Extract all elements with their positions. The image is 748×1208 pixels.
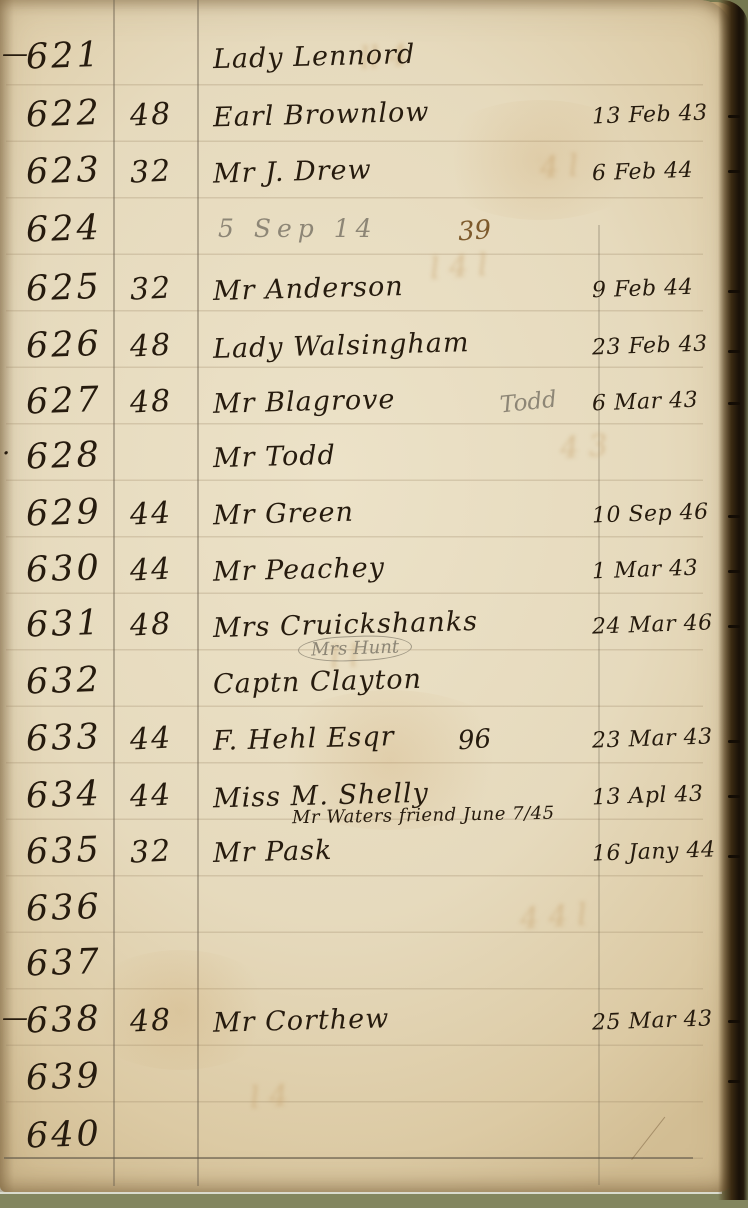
entry-size: 48: [129, 96, 173, 133]
entry-name: Mr Peachey: [213, 552, 386, 587]
entry-size: 48: [129, 1002, 173, 1039]
margin-pencil-mark: ·: [2, 439, 10, 469]
page-edge-tick: [728, 290, 740, 293]
entry-name: Captn Clayton: [213, 664, 423, 700]
entry-size: 32: [129, 270, 173, 307]
entry-date: 24 Mar 46: [592, 610, 713, 639]
page-edge-tick: [728, 402, 740, 405]
entry-number: 627: [25, 380, 102, 423]
entry-size: 32: [129, 153, 173, 190]
entry-date: 1 Mar 43: [592, 556, 699, 585]
ledger-row: 6245 Sep 1439: [0, 201, 733, 259]
entry-size: 48: [129, 327, 173, 364]
ledger-row: 63044Mr Peachey1 Mar 43: [0, 541, 733, 599]
page-edge-tick: [728, 170, 740, 173]
ledger-row: 632Captn Clayton: [0, 653, 733, 711]
ledger-row: 62748Mr BlagroveTodd6 Mar 43: [0, 373, 733, 431]
margin-pencil-mark: —: [2, 1003, 28, 1033]
entry-number: 625: [25, 267, 102, 310]
ledger-row: 62648Lady Walsingham23 Feb 43: [0, 317, 733, 375]
entry-number: 626: [25, 324, 102, 367]
entry-number: 635: [25, 830, 102, 873]
ledger-row: 639: [0, 1049, 733, 1107]
ledger-row: 63344F. Hehl Esqr9623 Mar 43: [0, 710, 733, 768]
ledger-row: 62248Earl Brownlow13 Feb 43: [0, 86, 733, 144]
margin-pencil-mark: —: [2, 39, 28, 69]
pencil-annotation: Todd: [499, 387, 558, 419]
pencil-annotation: 5 Sep 14: [218, 214, 378, 243]
ledger-row: 63444Miss M. Shelly13 Apl 43Mr Waters fr…: [0, 767, 733, 825]
entry-date: 25 Mar 43: [592, 1006, 713, 1035]
ledger-row: 62532Mr Anderson9 Feb 44: [0, 260, 733, 318]
entry-name: Mr Blagrove: [213, 384, 396, 420]
entry-date: 9 Feb 44: [592, 275, 694, 304]
ledger-row: 63532Mr Pask16 Jany 44: [0, 823, 733, 881]
entry-number: 639: [25, 1056, 102, 1099]
entry-size: 44: [129, 495, 173, 532]
ledger-row: 636: [0, 880, 733, 938]
page-edge-tick: [728, 740, 740, 743]
entry-date: 13 Feb 43: [592, 100, 708, 129]
entry-number: 632: [25, 660, 102, 703]
entry-name: Mr Todd: [213, 440, 337, 474]
entry-number: 631: [25, 603, 102, 646]
entry-date: 13 Apl 43: [592, 782, 704, 811]
page-edge-tick: [728, 625, 740, 628]
page-edge-tick: [728, 115, 740, 118]
entry-size: 44: [129, 720, 173, 757]
entry-extra: 96: [457, 724, 492, 756]
page-edge-tick: [728, 795, 740, 798]
page-edge-tick: [728, 350, 740, 353]
entry-number: 628: [25, 435, 102, 478]
page-edge-tick: [728, 1020, 740, 1023]
entry-number: 629: [25, 492, 102, 535]
ledger-row: —63848Mr Corthew25 Mar 43: [0, 992, 733, 1050]
entry-number: 621: [25, 35, 102, 78]
entry-date: 10 Sep 46: [592, 499, 709, 528]
entry-name: Earl Brownlow: [213, 97, 430, 134]
page-edge-tick: [728, 1080, 740, 1083]
entry-number: 634: [25, 774, 102, 817]
entry-size: 32: [129, 833, 173, 870]
entry-date: 6 Mar 43: [592, 388, 699, 417]
ledger-page: ll 4 4 l l 4 l 4 3 l l 4 4 l l 4 —621Lad…: [0, 0, 733, 1192]
entry-size: 44: [129, 777, 173, 814]
entry-size: 48: [129, 606, 173, 643]
page-edge-tick: [728, 570, 740, 573]
entry-number: 624: [25, 208, 102, 251]
ledger-row: —621Lady Lennord: [0, 28, 733, 86]
entry-name: Lady Lennord: [213, 39, 416, 75]
entry-date: 23 Feb 43: [592, 331, 708, 360]
entry-name: Mr Green: [213, 497, 355, 532]
entry-name: F. Hehl Esqr: [213, 721, 395, 757]
entry-number: 640: [25, 1114, 102, 1157]
entry-name: Lady Walsingham: [213, 327, 470, 365]
entry-name: Mr J. Drew: [213, 154, 372, 189]
page-edge-stack: [718, 0, 748, 1200]
entry-number: 630: [25, 548, 102, 591]
ledger-row: ·628Mr Todd: [0, 428, 733, 486]
ledger-row: 62944Mr Green10 Sep 46: [0, 485, 733, 543]
ledger-row: 637: [0, 935, 733, 993]
entry-name: Mr Corthew: [213, 1003, 390, 1039]
page-edge-tick: [728, 515, 740, 518]
entry-size: 48: [129, 383, 173, 420]
ledger-row: 62332Mr J. Drew6 Feb 44: [0, 143, 733, 201]
page-edge-tick: [728, 855, 740, 858]
ledger-row: 640: [0, 1107, 733, 1165]
entry-number: 636: [25, 887, 102, 930]
entry-number: 622: [25, 93, 102, 136]
entry-size: 44: [129, 551, 173, 588]
entry-date: 23 Mar 43: [592, 724, 713, 753]
entry-name: Mr Anderson: [213, 271, 404, 307]
entry-number: 637: [25, 942, 102, 985]
entry-number: 633: [25, 717, 102, 760]
ledger-row: 63148Mrs Cruickshanks24 Mar 46Mrs Hunt: [0, 596, 733, 654]
entry-date: 16 Jany 44: [592, 837, 716, 866]
entry-number: 638: [25, 999, 102, 1042]
entry-number: 623: [25, 150, 102, 193]
scanned-ledger-scene: ll 4 4 l l 4 l 4 3 l l 4 4 l l 4 —621Lad…: [0, 0, 748, 1208]
entry-date: 6 Feb 44: [592, 158, 694, 187]
entry-extra: 39: [457, 215, 492, 247]
entry-name: Mr Pask: [213, 835, 333, 869]
